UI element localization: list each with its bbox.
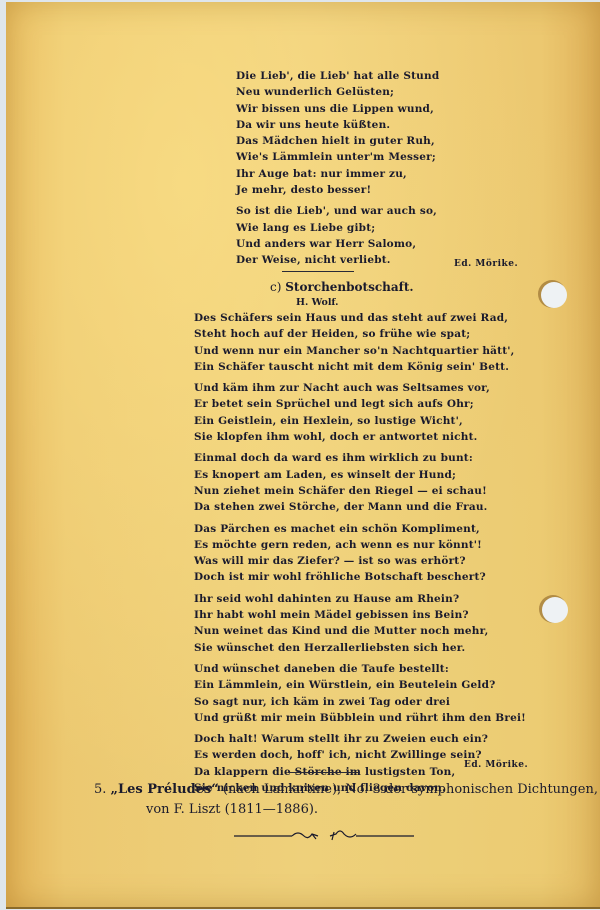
poem-c-stanza: Ihr seid wohl dahinten zu Hause am Rhein… [194, 591, 526, 656]
verse-line: Steht hoch auf der Heiden, so frühe wie … [194, 326, 526, 342]
poem-c-stanza: Einmal doch da ward es ihm wirklich zu b… [194, 450, 526, 515]
poem-a-author: Ed. Mörike. [454, 259, 518, 269]
poem-c-stanza: Das Pärchen es machet ein schön Komplime… [194, 521, 526, 586]
verse-line: Der Weise, nicht verliebt. [236, 252, 439, 268]
poem-c-label: c) [270, 280, 281, 294]
verse-line: Sie wünschet den Herzallerliebsten sich … [194, 640, 526, 656]
verse-line: Das Pärchen es machet ein schön Komplime… [194, 521, 526, 537]
verse-line: Es möchte gern reden, ach wenn es nur kö… [194, 537, 526, 553]
poem-c-composer: H. Wolf. [296, 297, 339, 308]
verse-line: Wir bissen uns die Lippen wund, [236, 101, 439, 117]
verse-line: Ihr Auge bat: nur immer zu, [236, 166, 439, 182]
item-description: (nach Lamartine), No. 3 der symphonische… [219, 782, 598, 797]
verse-line: Da wir uns heute küßten. [236, 117, 439, 133]
verse-line: Neu wunderlich Gelüsten; [236, 84, 439, 100]
poem-a-stanza: So ist die Lieb', und war auch so,Wie la… [236, 203, 439, 268]
verse-line: Das Mädchen hielt in guter Ruh, [236, 133, 439, 149]
poem-c-stanza: Des Schäfers sein Haus und das steht auf… [194, 310, 526, 375]
verse-line: Und grüßt mir mein Bübblein und rührt ih… [194, 710, 526, 726]
verse-line: Er betet sein Sprüchel und legt sich auf… [194, 396, 526, 412]
verse-line: Wie lang es Liebe gibt; [236, 220, 439, 236]
poem-c-author: Ed. Mörike. [464, 760, 528, 770]
poem-c-stanza: Und käm ihm zur Nacht auch was Seltsames… [194, 380, 526, 445]
verse-line: Wie's Lämmlein unter'm Messer; [236, 149, 439, 165]
punch-hole-bottom [542, 597, 568, 623]
verse-line: Die Lieb', die Lieb' hat alle Stund [236, 68, 439, 84]
verse-line: So ist die Lieb', und war auch so, [236, 203, 439, 219]
verse-line: Ihr seid wohl dahinten zu Hause am Rhein… [194, 591, 526, 607]
section-divider [282, 271, 354, 272]
verse-line: Sie klopfen ihm wohl, doch er antwortet … [194, 429, 526, 445]
item-composer: von F. Liszt (1811—1886). [94, 800, 598, 820]
program-item-5: 5. „Les Préludes“ (nach Lamartine), No. … [94, 780, 598, 820]
poem-c-text: Des Schäfers sein Haus und das steht auf… [194, 310, 526, 801]
verse-line: Und wünschet daneben die Taufe bestellt: [194, 661, 526, 677]
verse-line: Ein Lämmlein, ein Würstlein, ein Beutele… [194, 677, 526, 693]
poem-a-text: Die Lieb', die Lieb' hat alle StundNeu w… [236, 68, 439, 274]
verse-line: Was will mir das Ziefer? — ist so was er… [194, 553, 526, 569]
verse-line: Und anders war Herr Salomo, [236, 236, 439, 252]
verse-line: Nun ziehet mein Schäfer den Riegel — ei … [194, 483, 526, 499]
verse-line: Je mehr, desto besser! [236, 182, 439, 198]
verse-line: Ein Geistlein, ein Hexlein, so lustige W… [194, 413, 526, 429]
verse-line: Da stehen zwei Störche, der Mann und die… [194, 499, 526, 515]
item-number: 5. [94, 782, 106, 797]
verse-line: Des Schäfers sein Haus und das steht auf… [194, 310, 526, 326]
item-title: „Les Préludes“ [111, 782, 219, 797]
verse-line: Ein Schäfer tauscht nicht mit dem König … [194, 359, 526, 375]
ornament-divider-icon [234, 828, 414, 846]
poem-a-stanza: Die Lieb', die Lieb' hat alle StundNeu w… [236, 68, 439, 198]
verse-line: Es knopert am Laden, es winselt der Hund… [194, 467, 526, 483]
poem-c-title: Storchenbotschaft. [285, 280, 413, 294]
section-divider [288, 772, 360, 773]
verse-line: Und käm ihm zur Nacht auch was Seltsames… [194, 380, 526, 396]
verse-line: So sagt nur, ich käm in zwei Tag oder dr… [194, 694, 526, 710]
verse-line: Nun weinet das Kind und die Mutter noch … [194, 623, 526, 639]
poem-c-heading: c) Storchenbotschaft. [270, 280, 414, 294]
verse-line: Einmal doch da ward es ihm wirklich zu b… [194, 450, 526, 466]
verse-line: Doch ist mir wohl fröhliche Botschaft be… [194, 569, 526, 585]
poem-c-stanza: Und wünschet daneben die Taufe bestellt:… [194, 661, 526, 726]
verse-line: Doch halt! Warum stellt ihr zu Zweien eu… [194, 731, 526, 747]
program-page: Die Lieb', die Lieb' hat alle StundNeu w… [6, 2, 600, 909]
punch-hole-top [541, 282, 567, 308]
verse-line: Ihr habt wohl mein Mädel gebissen ins Be… [194, 607, 526, 623]
verse-line: Und wenn nur ein Mancher so'n Nachtquart… [194, 343, 526, 359]
